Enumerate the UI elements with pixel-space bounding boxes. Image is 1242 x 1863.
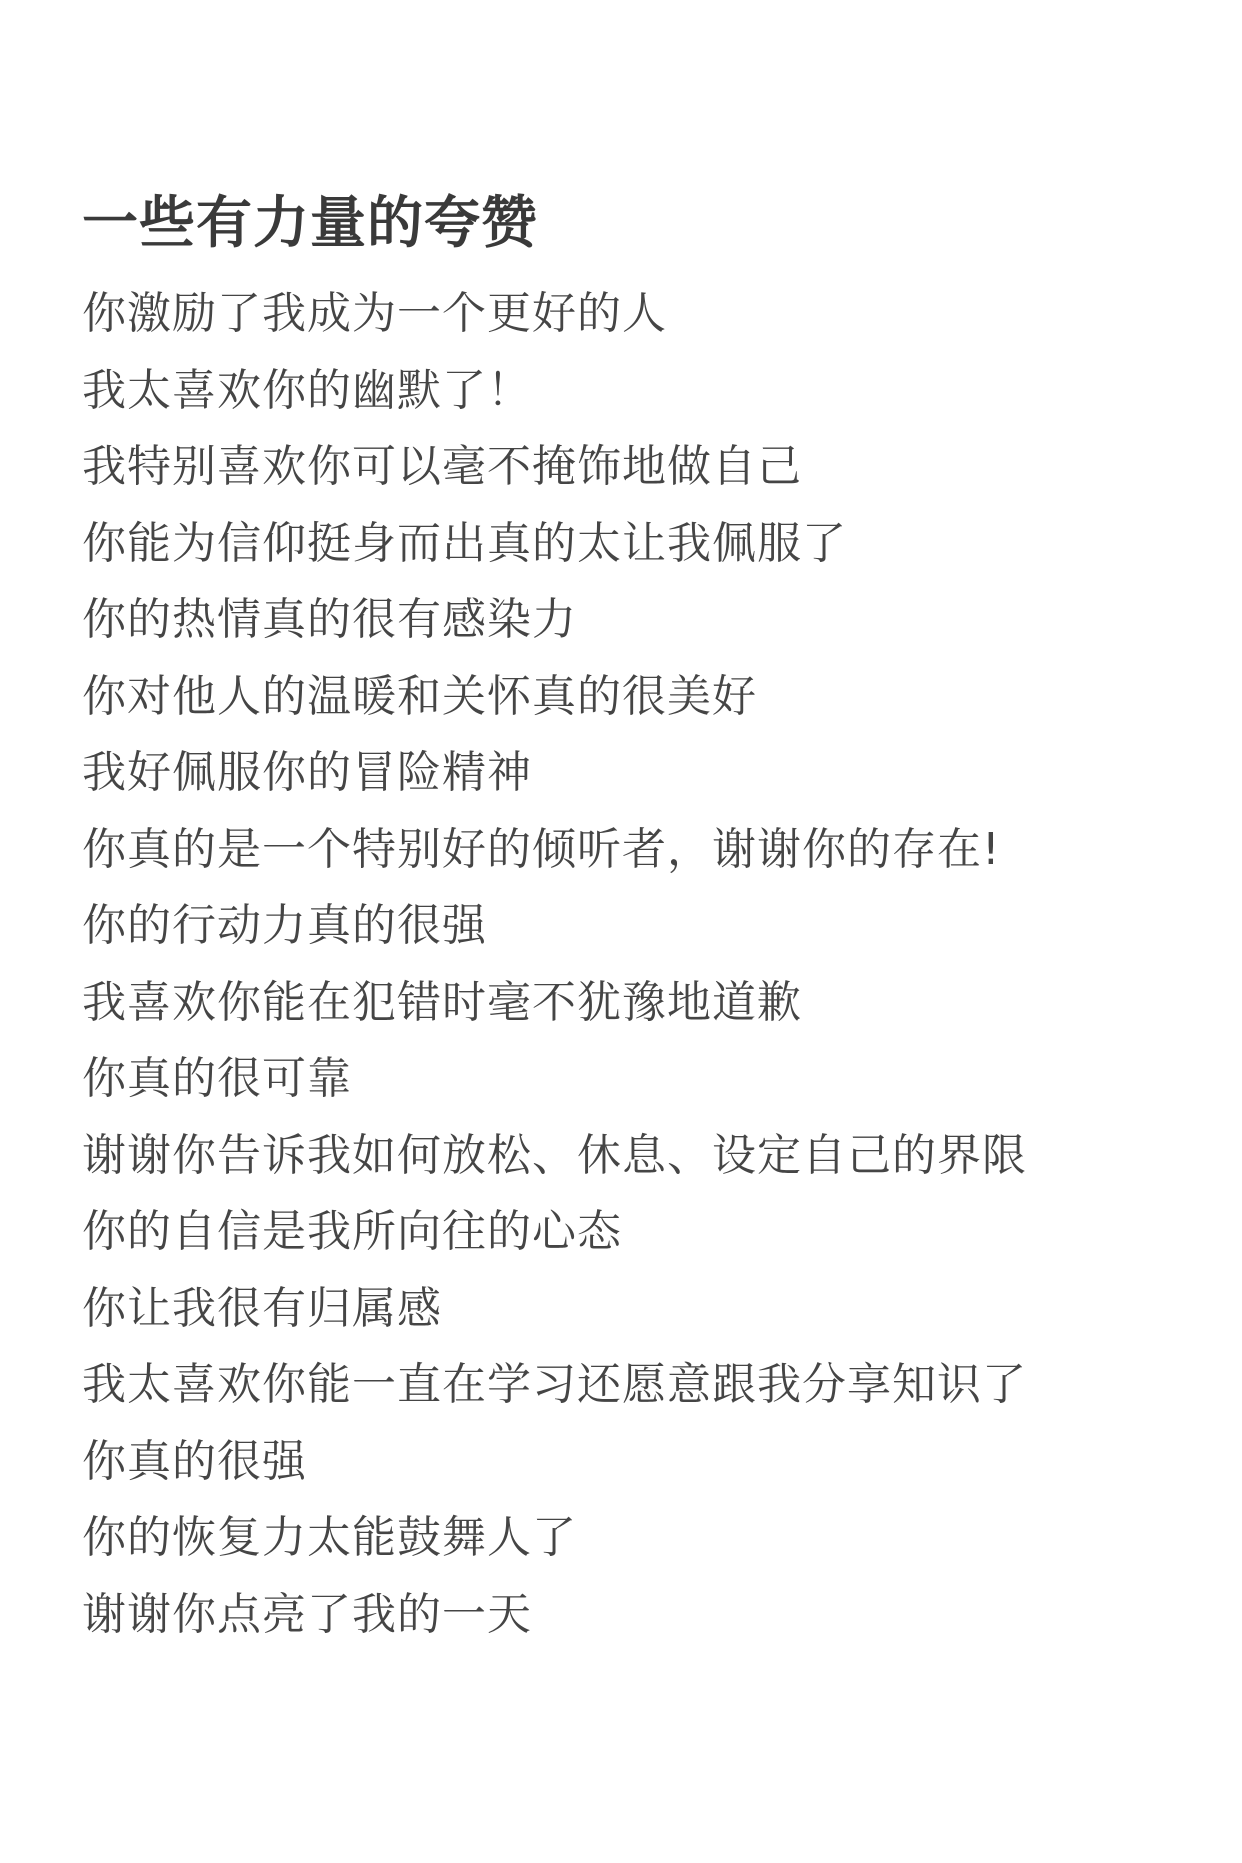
compliment-item: 你的自信是我所向往的心态 bbox=[82, 1194, 1202, 1271]
compliment-item: 我特别喜欢你可以毫不掩饰地做自己 bbox=[82, 429, 1202, 506]
compliment-item: 你真的很可靠 bbox=[82, 1041, 1202, 1118]
compliment-item: 你真的是一个特别好的倾听者，谢谢你的存在! bbox=[82, 812, 1202, 889]
compliment-item: 你对他人的温暖和关怀真的很美好 bbox=[82, 659, 1202, 736]
compliment-item: 你能为信仰挺身而出真的太让我佩服了 bbox=[82, 506, 1202, 583]
compliment-item: 你的热情真的很有感染力 bbox=[82, 582, 1202, 659]
compliment-item: 你让我很有归属感 bbox=[82, 1271, 1202, 1348]
document-page: 一些有力量的夸赞 你激励了我成为一个更好的人 我太喜欢你的幽默了！ 我特别喜欢你… bbox=[82, 186, 1202, 1653]
compliment-item: 你的恢复力太能鼓舞人了 bbox=[82, 1500, 1202, 1577]
compliment-item: 我太喜欢你能一直在学习还愿意跟我分享知识了 bbox=[82, 1347, 1202, 1424]
compliment-list: 你激励了我成为一个更好的人 我太喜欢你的幽默了！ 我特别喜欢你可以毫不掩饰地做自… bbox=[82, 276, 1202, 1653]
compliment-item: 谢谢你点亮了我的一天 bbox=[82, 1577, 1202, 1654]
compliment-item: 我喜欢你能在犯错时毫不犹豫地道歉 bbox=[82, 965, 1202, 1042]
compliment-item: 你真的很强 bbox=[82, 1424, 1202, 1501]
compliment-item: 谢谢你告诉我如何放松、休息、设定自己的界限 bbox=[82, 1118, 1202, 1195]
compliment-item: 我太喜欢你的幽默了！ bbox=[82, 353, 1202, 430]
compliment-item: 我好佩服你的冒险精神 bbox=[82, 735, 1202, 812]
page-title: 一些有力量的夸赞 bbox=[82, 186, 1202, 262]
compliment-item: 你的行动力真的很强 bbox=[82, 888, 1202, 965]
compliment-item: 你激励了我成为一个更好的人 bbox=[82, 276, 1202, 353]
